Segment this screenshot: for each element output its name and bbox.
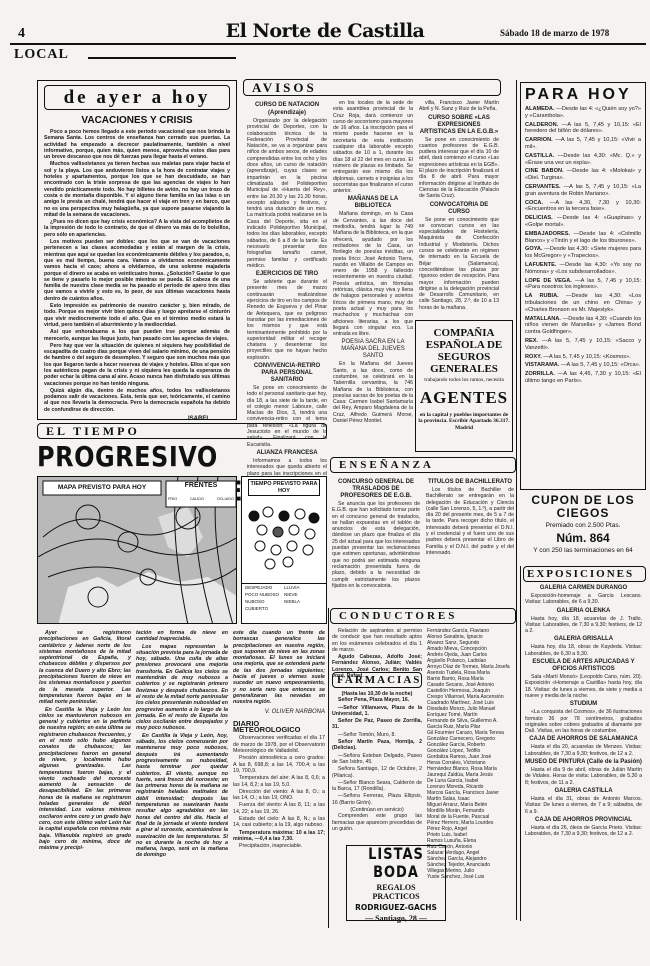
cinema-listing: CINE BABON. —Desde las 4: «Molokai» y «D… xyxy=(525,168,641,182)
exhibition-title: GALERIA OLENKA xyxy=(525,608,642,615)
fronts-legend: FRIO CALIDO OCLUIDO xyxy=(168,497,234,501)
exhibition-text: Hasta hoy, día 18, obras de Kaydeda. Vis… xyxy=(525,644,642,657)
ad-line: COMPAÑIA xyxy=(418,327,510,339)
aviso-title: CURSO DE NATACION xyxy=(247,102,327,109)
column-rule xyxy=(328,608,329,928)
aviso-title: CONVIVENCIA-RETIRO PARA PERSONAL SANITAR… xyxy=(247,363,327,384)
editorial-paragraph: Pero hay que ver la situación de quienes… xyxy=(44,343,230,387)
headline-word: PROGRESIVO xyxy=(37,441,218,473)
meteo-diary-line: Estado del cielo: A las 8, N.; a las 14,… xyxy=(233,816,325,829)
aviso-title: EJERCICIOS DE TIRO xyxy=(247,271,327,278)
front-warm: CALIDO xyxy=(190,497,204,501)
section-rule xyxy=(88,57,236,59)
editorial-title: VACACIONES Y CRISIS xyxy=(44,115,230,126)
lottery-coupon: CUPON DE LOS CIEGOS Premiado con 2.500 P… xyxy=(520,494,646,564)
exhibition-title: CAJA DE AHORROS PROVINCIAL xyxy=(525,817,642,824)
pharmacy-entry: —Señora Ferreras, Plaza Ellipsis, 16 (Ba… xyxy=(332,793,422,806)
ensenanza-title: TITULOS DE BACHILLERATO xyxy=(426,479,514,486)
exhibition-text: Sala «Martí Monsó» (Leopoldo Cano, núm. … xyxy=(525,674,642,699)
exhibition-title: GALERIA CASTILLA xyxy=(525,788,642,795)
issue-date: Sábado 18 de marzo de 1978 xyxy=(500,28,609,38)
meteo-diary-line: Dirección del viento: A las 8, O.; a las… xyxy=(233,789,325,802)
exhibition-text: Hasta el día 26, óleos de García Prieto.… xyxy=(525,825,642,838)
front-cold: FRIO xyxy=(168,497,177,501)
editorial-paragraph: Los motivos pueden ser dobles: que los q… xyxy=(44,239,230,302)
legend-fog: NIEBLA xyxy=(284,598,323,605)
exposiciones-header: EXPOSICIONES xyxy=(523,566,646,582)
cinema-listing: CARRION. —A las 5, 7,45 y 10,15: «Vivir … xyxy=(525,137,641,151)
editorial-paragraph: Esto impresión es patrimonio de nuestro … xyxy=(44,303,230,328)
legend-partly-cloudy: POCO NUBOSO xyxy=(245,591,284,598)
aviso-text: Mañana domingo, en la Casa de Cervantes,… xyxy=(333,211,413,337)
pharmacy-entry: Señor De Paz, Paseo de Zorrilla, 31. xyxy=(332,718,422,731)
weather-col-3: este día cuando un frente de borrascas g… xyxy=(233,630,325,851)
cinema-listing: GOYA. —Desde las 4,30: «Siete mujeres pa… xyxy=(525,246,641,260)
forecast-map: TIEMPO PREVISTO PARA HOY DESPEJADO LLUVI… xyxy=(241,476,327,624)
exhibition-title: STUDIUM xyxy=(525,701,642,708)
aviso-text: En la Mañana del Jueves Santo, a las doc… xyxy=(333,361,413,424)
farmacias-section: FARMACIAS (Hasta las 10,30 de la noche) … xyxy=(332,672,422,842)
ad-line: trabajando todos los ramos, necesita xyxy=(418,377,510,384)
wedding-list-ad: LISTAS BODA REGALOS PRACTICOS RODRIGUEZ-… xyxy=(346,845,446,921)
cinema-listing: VISTARAMA. —A las 5, 7,45 y 10,15: «Orca… xyxy=(525,362,641,369)
aviso-title: POESIA SACRA EN LA MAÑANA DEL JUEVES SAN… xyxy=(333,339,413,360)
meteo-diary-line: Precipitación, inapreciable. xyxy=(233,843,325,849)
ad-line: SEGUROS xyxy=(418,351,510,363)
cinema-listing: CALDERON. —A las 5, 7,45 y 10,15: «El he… xyxy=(525,122,641,136)
exhibition-text: Hasta el día 31, obras de Antonio Marcos… xyxy=(525,796,642,815)
exhibition-text: Hasta el día 9 de abril, obras de Julián… xyxy=(525,767,642,786)
ensenanza-text: Se anuncia que los profesores de E.G.B. … xyxy=(332,501,420,589)
forecast-symbols-graphic xyxy=(242,498,326,578)
masthead: 4 El Norte de Castilla Sábado 18 de marz… xyxy=(0,20,650,65)
meteo-diary-line: Presión atmosférica a cero grados: A las… xyxy=(233,755,325,774)
ensenanza-col-1: CONCURSO GENERAL DE TRASLADOS DE PROFESO… xyxy=(332,477,420,590)
insurance-ad: COMPAÑIA ESPAÑOLA DE SEGUROS GENERALES t… xyxy=(415,320,513,452)
exhibition-title: GALERIA CARMEN DURANGO xyxy=(525,585,642,592)
pharmacy-entry: Señor Martín Paza, Hornija, 2 (Delicias)… xyxy=(332,739,422,752)
avisos-header: AVISOS xyxy=(243,79,501,96)
conductores-intro: Relación de aspirantes al permiso de con… xyxy=(332,628,422,653)
ad-line: ESPAÑOLA DE xyxy=(418,339,510,351)
weather-text: Los mapas representan la situación previ… xyxy=(136,644,228,732)
editorial-header: de ayer a hoy xyxy=(44,85,230,110)
conductores-col-2: Fernández García, Flaviano Alonso Sanabr… xyxy=(427,628,515,880)
newspaper-title: El Norte de Castilla xyxy=(200,20,450,42)
cinema-listing: MATALLANA. —Desde las 4,30: «Cuando los … xyxy=(525,316,641,336)
cinema-listing: EMBAJADORES. —Desde las 4: «Colmillo Bla… xyxy=(525,231,641,245)
cinema-listing: COCA. —A las 4,30, 7,30 y 10,30: «Encuen… xyxy=(525,200,641,214)
map-label: MAPA PREVISTO PARA HOY xyxy=(43,482,161,494)
forecast-legend: DESPEJADO LLUVIA POCO NUBOSO NIEVE NUBOS… xyxy=(242,583,326,612)
aviso-title: CONVOCATORIA DE CURSO xyxy=(419,202,499,216)
cinema-listing: ZORRILLA. —A las 4,45, 7,30 y 10,15: «El… xyxy=(525,371,641,385)
weather-text: Ayer se registraron precipitaciones en G… xyxy=(39,630,131,706)
section-label: LOCAL xyxy=(14,47,69,63)
weather-section: EL TIEMPO PROGRESIVO EMPEORAMIENTO xyxy=(37,420,327,960)
ad-line: — Santiago, 28 — xyxy=(349,914,443,923)
legend-clear: DESPEJADO xyxy=(245,584,284,591)
pharmacy-entry: —Señor Villanueva, Plaza de la Universid… xyxy=(332,705,422,718)
para-hoy-box: PARA HOY ALAMEDA. —Desde las 4: «¿Quién … xyxy=(520,82,646,490)
legend-cloudy: NUBOSO xyxy=(245,598,284,605)
ad-line: AGENTES xyxy=(418,388,510,408)
pharmacy-entry: —Señor Blanco Seara, Calderón de la Barc… xyxy=(332,780,422,793)
weather-author: V. OLIVER NARBONA xyxy=(233,709,325,715)
ad-line: RODRIGUEZ-GACHS xyxy=(349,903,443,912)
aviso-text: Se pone en conocimiento que se convocan … xyxy=(419,217,499,311)
aviso-title: CURSO SOBRE «LAS EXPRESIONES ARTISTICAS … xyxy=(419,115,499,136)
page-number: 4 xyxy=(18,26,25,42)
pharmacy-entry: —Señora Esteban Delgado, Paseo de San Is… xyxy=(332,753,422,766)
ad-line: LISTAS BODA xyxy=(349,846,443,882)
avisos-col-3: villa, Francisco Javier Martín Abril y N… xyxy=(419,100,499,312)
meteo-diary-line: Temperatura máxima: 10 a las 17; mínima,… xyxy=(233,830,325,843)
cinema-listing: ROXY. —A las 5, 7,45 y 10,15: «Kosmos». xyxy=(525,354,641,361)
exhibition-text: Hasta el día 20, acuarelas de Menzes. Vi… xyxy=(525,744,642,757)
conductores-header: CONDUCTORES xyxy=(330,608,516,624)
pharmacy-entry: Señor Pena, Plaza Mayor, 16. xyxy=(332,697,422,703)
legend-overcast: CUBIERTO xyxy=(245,605,284,612)
exhibition-title: MUSEO DE PINTURA (Calle de la Pasión) xyxy=(525,759,642,766)
exposiciones-section: EXPOSICIONES GALERIA CARMEN DURANGO Expo… xyxy=(520,566,646,921)
ensenanza-text: Los títulos de Bachiller de Bachillerato… xyxy=(426,487,514,556)
aviso-text: Se advierte que durante el presente mes … xyxy=(247,279,327,361)
meteo-diary-line: Fuerza del viento: A las 8, 11; a las 14… xyxy=(233,802,325,815)
ad-line: GENERALES xyxy=(418,363,510,375)
ad-line: PRACTICOS xyxy=(349,892,443,901)
meteo-diary-intro: Observaciones verificadas el día 17 de m… xyxy=(233,735,325,754)
editorial-paragraph: Poco a poco hemos llegado a este período… xyxy=(44,129,230,160)
forecast-label: TIEMPO PREVISTO PARA HOY xyxy=(248,479,320,496)
weather-header: EL TIEMPO xyxy=(37,423,327,439)
coupon-title: CUPON DE LOS CIEGOS xyxy=(520,494,646,520)
weather-map: MAPA PREVISTO PARA HOY FRENTES FRIO CALI… xyxy=(37,476,237,624)
front-occluded: OCLUIDO xyxy=(217,497,234,501)
column-rule xyxy=(516,80,517,920)
weather-headline: PROGRESIVO EMPEORAMIENTO xyxy=(37,440,327,475)
aviso-title: MAÑANAS DE LA BIBLIOTECA xyxy=(333,196,413,210)
ad-line: en la capital y pueblos importantes de l… xyxy=(418,412,510,432)
cinema-listing: CASTILLA. —Desde las 4,30: «Mc. Q.» y «É… xyxy=(525,153,641,167)
legend-rain: LLUVIA xyxy=(284,584,323,591)
farmacias-note: Comprenden este grupo las farmacias que … xyxy=(332,813,422,832)
meteo-diary-title: DIARIO METEOROLOGICO xyxy=(233,721,325,734)
ad-line: REGALOS xyxy=(349,883,443,892)
weather-text: En Castilla la Vieja y León, hoy, sábado… xyxy=(136,733,228,859)
cinema-listing: LA RUBIA. —Desde las 4,30: «Los tribulac… xyxy=(525,293,641,313)
exhibition-text: «La conquista del Cosmos», de 36 ilustra… xyxy=(525,709,642,734)
ensenanza-title: CONCURSO GENERAL DE TRASLADOS DE PROFESO… xyxy=(332,479,420,500)
editorial-paragraph: Quizá algún día, dentro de muchos años, … xyxy=(44,388,230,413)
weather-text: tación en forma de nieve en cantidad ina… xyxy=(136,630,228,643)
fronts-label: FRENTES xyxy=(166,482,236,489)
cinema-listing: LOPE DE VEGA. —A las 5, 7,45 y 10,15: «P… xyxy=(525,278,641,292)
weather-text: este día cuando un frente de borrascas g… xyxy=(233,630,325,706)
aviso-text: Organizado por la delegación provincial … xyxy=(247,118,327,269)
ensenanza-header: ENSEÑANZA xyxy=(330,457,516,473)
cinema-listing: DELICIAS. —Desde las 4: «Guapinas» y «Go… xyxy=(525,215,641,229)
exhibition-title: ESCUELA DE ARTES APLICADAS Y OFICIOS ART… xyxy=(525,659,642,673)
legend-snow: NIEVE xyxy=(284,591,323,598)
editorial-box: de ayer a hoy VACACIONES Y CRISIS Poco a… xyxy=(37,80,237,420)
para-hoy-header: PARA HOY xyxy=(525,86,641,104)
weather-col-1: Ayer se registraron precipitaciones en G… xyxy=(39,630,131,852)
editorial-paragraph: ¿Pues no dicen que hay crisis económica?… xyxy=(44,219,230,238)
cinema-listing: ALAMEDA. —Desde las 4: «¿Quién soy yo?» … xyxy=(525,106,641,120)
masthead-rule xyxy=(10,43,646,45)
aviso-subtitle: (Aprendizaje) xyxy=(247,110,327,117)
exhibition-title: CAJA DE AHORROS DE SALAMANCA xyxy=(525,736,642,743)
exhibition-text: Hasta hoy, día 18, acuarelas de J. Trall… xyxy=(525,616,642,635)
ensenanza-section: ENSEÑANZA CONCURSO GENERAL DE TRASLADOS … xyxy=(330,457,516,607)
aviso-text: villa, Francisco Javier Martín Abril y N… xyxy=(419,100,499,113)
coupon-prize: Premiado con 2.500 Ptas. xyxy=(520,522,646,529)
cinema-listing: CERVANTES. —A las 5, 7,45 y 10,15: «La g… xyxy=(525,184,641,198)
editorial-paragraph: Muchos vallisoletanos ya tienen hechas s… xyxy=(44,161,230,218)
avisos-col-2: en los locales de la sede de esta asambl… xyxy=(333,100,413,425)
coupon-endings: Y con 250 las terminaciones en 64 xyxy=(520,547,646,555)
pharmacy-entry: —Señor Tomón, Muro, 8. xyxy=(332,732,422,738)
aviso-text: Se pone en conocimiento de cuantos profe… xyxy=(419,137,499,200)
pharmacy-entry: Señora Santiago, 12 de Octubre, 2 (Pilar… xyxy=(332,766,422,779)
ensenanza-col-2: TITULOS DE BACHILLERATO Los títulos de B… xyxy=(426,477,514,557)
aviso-text: en los locales de la sede de esta asambl… xyxy=(333,100,413,194)
cinema-listing: REX. —A las 5, 7,45 y 10,15: «Sacco y Va… xyxy=(525,338,641,352)
weather-text: En Castilla la Vieja y León los cielos s… xyxy=(39,707,131,852)
exhibition-text: Exposición-homenaje a García Lescano. Vi… xyxy=(525,593,642,606)
exhibition-title: GALERIA GRISALLA xyxy=(525,636,642,643)
farmacias-header: FARMACIAS xyxy=(332,672,422,688)
coupon-number: Núm. 864 xyxy=(520,531,646,545)
meteo-diary-line: Temperatura del aire: A las 8, 0,6; a la… xyxy=(233,775,325,788)
cinema-listing: LAFUENTE. —Desde las 4,30: «Yo soy no Nó… xyxy=(525,262,641,276)
weather-col-2: tación en forma de nieve en cantidad ina… xyxy=(136,630,228,860)
editorial-paragraph: Así que enhorabuena a los que pueden irs… xyxy=(44,329,230,342)
